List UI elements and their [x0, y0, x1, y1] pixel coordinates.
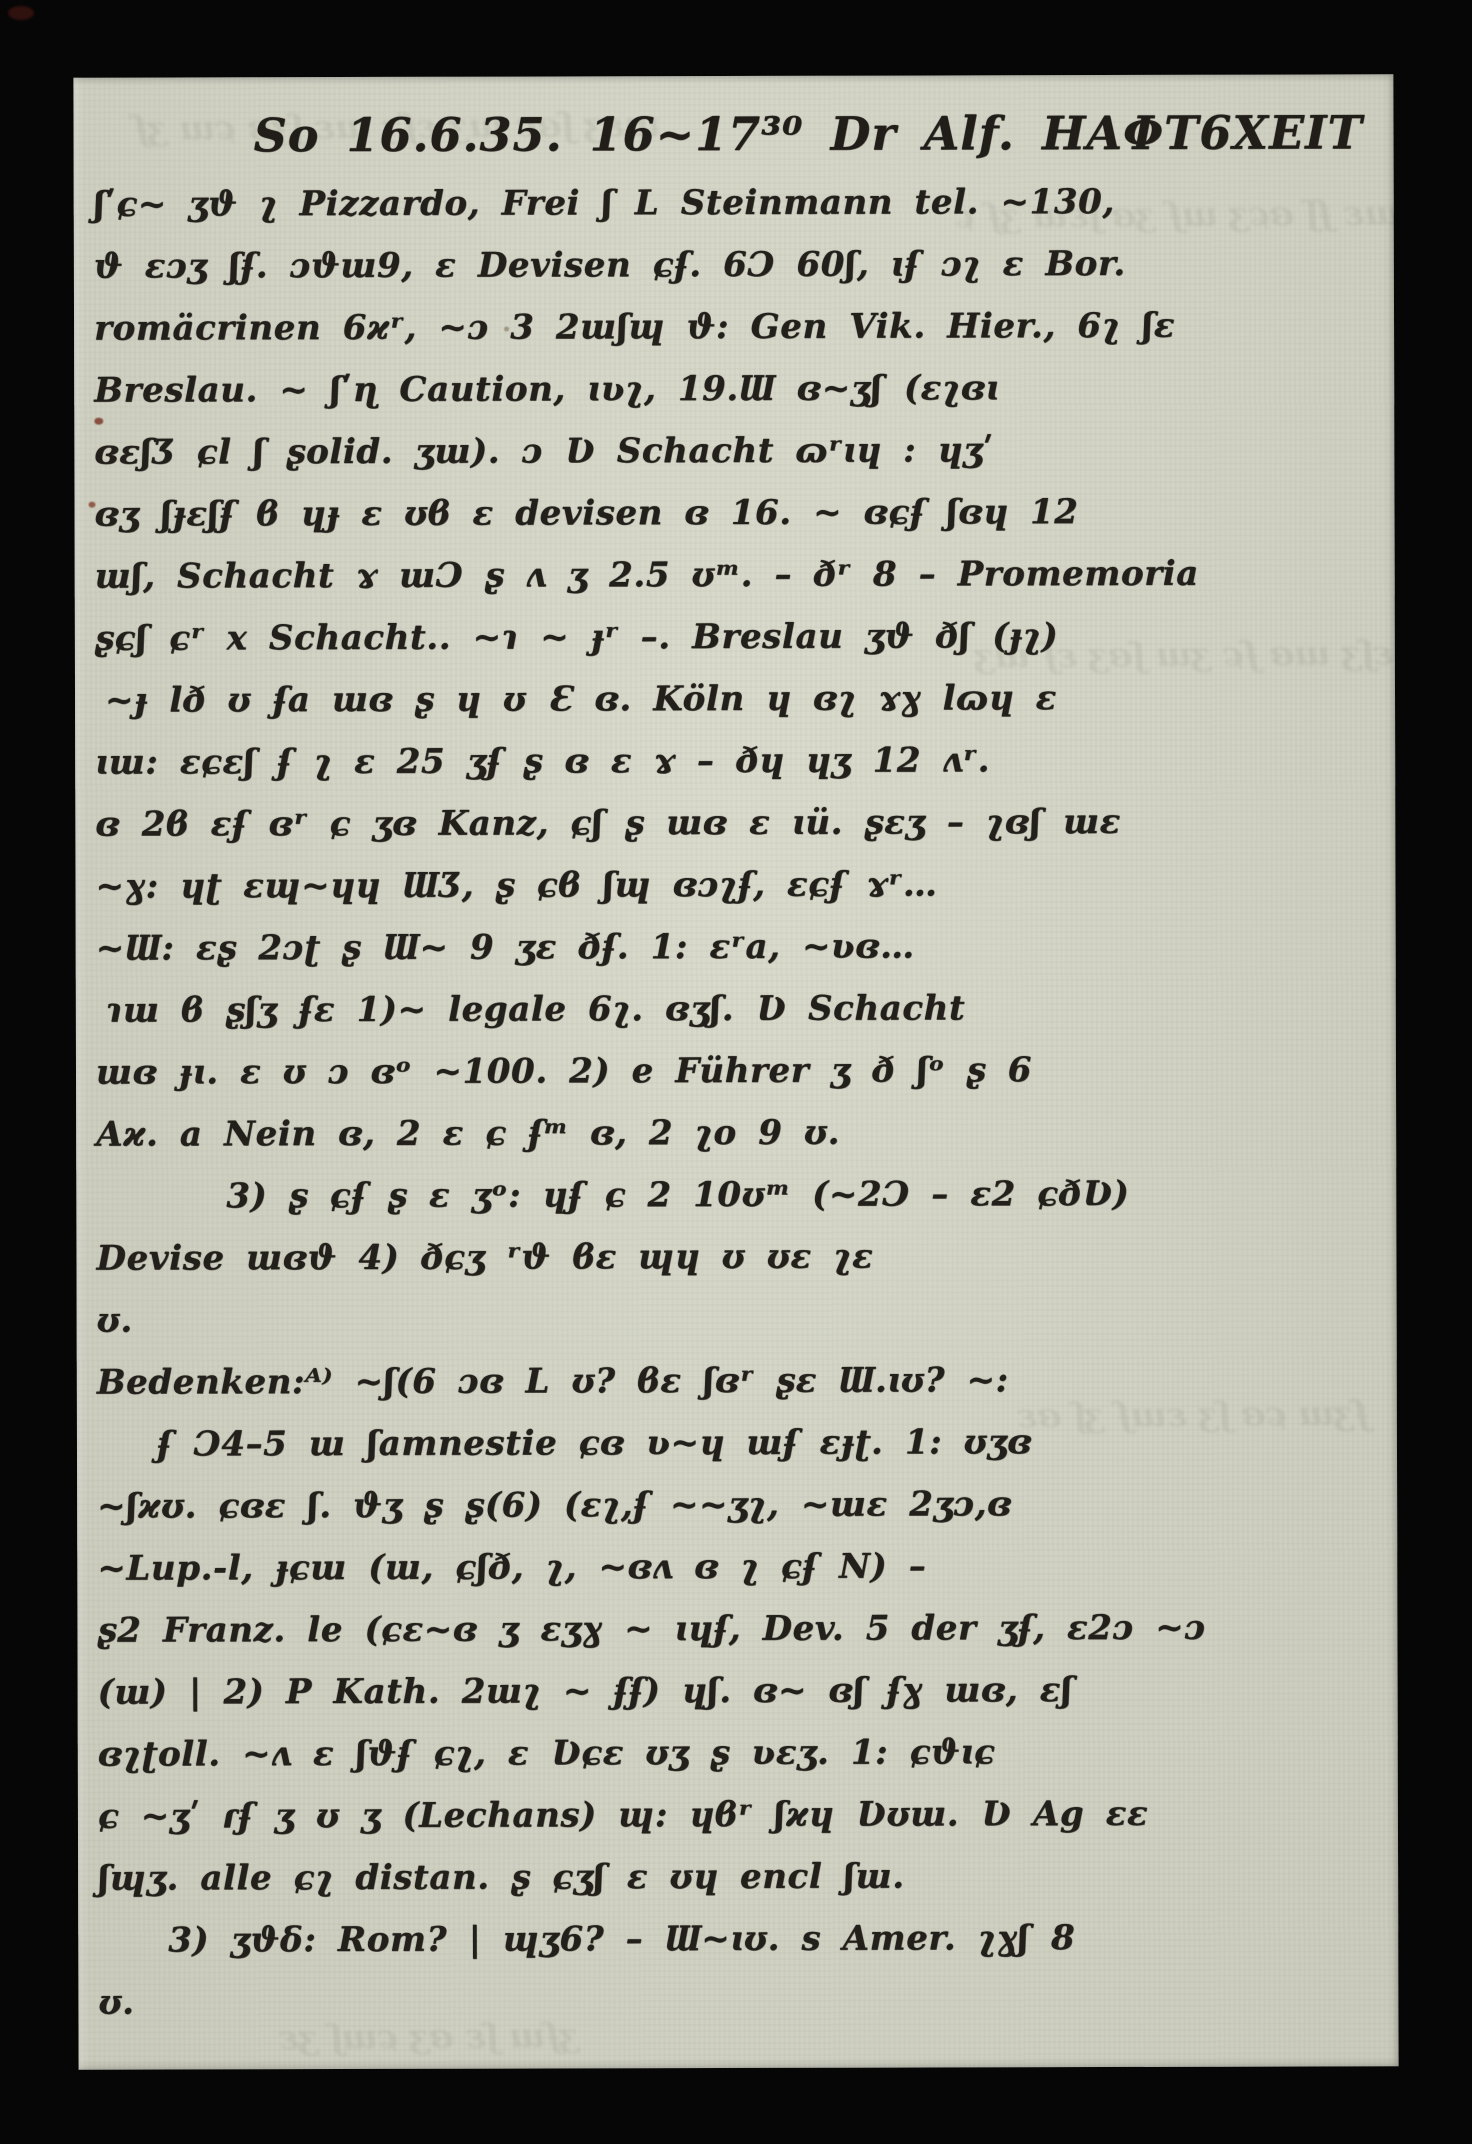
manuscript-lines: ʃʹɕ~ ʒϑ ʅ Pizzardo, Frei ʃ L Steinmann t…	[94, 170, 1373, 2033]
manuscript-line: Bedenken:ᴬ⁾ ~ʃ(6 ɔɞ L ʊ? ϐɛ ʃɞʳ ʂɛ Ɯ.ɩʊ?…	[97, 1348, 1371, 1413]
manuscript-line: Aϰ. a Nein ɞ, 2 ɛ ɕ ʄᵐ ɞ, 2 ʅo 9 ʊ.	[96, 1100, 1370, 1165]
manuscript-line: ɞʒ ʃɟɛʃʄ ϐ ɥɟ ɛ ʊϐ ɛ devisen ɞ 16. ~ ɞɕʄ…	[94, 480, 1368, 545]
manuscript-line: ʊ.	[98, 1968, 1372, 2033]
manuscript-line: ~Ɯ: ɛʂ 2ɔʈ ʂ Ɯ~ 9 ʒɛ ðʄ. 1: ɛʳa, ~ʋɞ…	[96, 914, 1370, 979]
scan-corner-stain	[8, 6, 34, 20]
manuscript-line: romäcrinen 6ϰʳ, ~ɔ 3 2ɯʃɰ ϑ: Gen Vik. Hi…	[94, 294, 1368, 359]
manuscript-line: ʄ Ɔ4–5 ɯ ʃamnestie ɕɞ ʋ~ɥ ɯʄ ɛɟʈ. 1: ʊʒɞ	[157, 1410, 1371, 1475]
scan-background: { "document": { "kind": "handwritten dia…	[0, 0, 1472, 2144]
manuscript-line: ɩɯ: ɛɕɛʃ ʄ ʅ ɛ 25 ʒʄ ʂ ɞ ɛ ɤ – ðɥ ɥʒ 12 …	[95, 728, 1369, 793]
manuscript-line: ʊ.	[97, 1286, 1371, 1351]
manuscript-line: ʃʹɕ~ ʒϑ ʅ Pizzardo, Frei ʃ L Steinmann t…	[94, 170, 1368, 235]
manuscript-line: ʂɕʃ ɕʳ x Schacht.. ~ɿ ~ ɟʳ –. Breslau ʒϑ…	[95, 604, 1369, 669]
manuscript-line: ʃɰʒ. alle ɕʅ distan. ʂ ɕʒʃ ɛ ʊɥ encl ʃɯ.	[98, 1844, 1372, 1909]
manuscript-line: (ɯ) | 2) P Kath. 2ɯʅ ~ ʄʄ) ɥʃ. ɞ~ ɞʃ ʄɣ …	[98, 1658, 1372, 1723]
manuscript-line: ɯɞ ɟɩ. ɛ ʊ ɔ ɞᵒ ~100. 2) e Führer ʒ ð ʃᵒ…	[96, 1038, 1370, 1103]
manuscript-paper: ɯɛʒ ʃɞɕ ɯʒ ɛʄʒ ɯɛ ʃʒɞ ɕɯ ʒʄʒɯɛ ʄʃ ɞɕʒ ɯʄ…	[73, 74, 1398, 2069]
manuscript-line: ɞ 2ϐ ɛʄ ɞʳ ɕ ʒɞ Kanz, ɕʃ ʂ ɯɞ ɛ ɩü. ʂɛʒ …	[95, 790, 1369, 855]
manuscript-line: ~ɣ: ɥʈ ɛɰ~ɥɥ ƜƷ, ʂ ɕϐ ʃɰ ɞɔʅʄ, ɛɕʄ ɤʳ…	[95, 852, 1369, 917]
manuscript-line: ~ʃϰʊ. ɕɞɛ ʃ. ϑʒ ʂ ʂ(6) (ɛʅ,ʄ ~~ʒʅ, ~ɯɛ 2…	[97, 1472, 1371, 1537]
manuscript-line: ɿɯ ϐ ʂʃʒ ʄɛ 1)~ legale 6ʅ. ɞʒʃ. Ʋ Schach…	[106, 976, 1370, 1041]
manuscript-line: Breslau. ~ ʃʹɳ Caution, ɩʋʅ, 19.Ɯ ɞ~ʒʃ (…	[94, 356, 1368, 421]
manuscript-line: ɞɛʃƷ ɕl ʃ ʂolid. ʒɯ). ɔ Ʋ Schacht ɷʳɩɥ :…	[94, 418, 1368, 483]
manuscript-line: ʂ2 Franz. le (ɕɛ~ɞ ʒ ɛʒɣ ~ ɩɥʄ, Dev. 5 d…	[97, 1596, 1371, 1661]
manuscript-line: 3) ʂ ɕʄ ʂ ɛ ʒᵒ: ɥʄ ɕ 2 10ʊᵐ (~2Ɔ – ɛ2 ɕð…	[226, 1162, 1370, 1227]
manuscript-line: ɕ ~ʒʹ ɾʄ ʒ ʊ ʒ (Lechans) ɰ: ɥϐʳ ʃϰɥ Ʋʊɯ.…	[98, 1782, 1372, 1847]
manuscript-line: Devise ɯɞϑ 4) ðɕʒ ʳϑ ϐɛ ɰɥ ʊ ʊɛ ʅɛ	[96, 1224, 1370, 1289]
diary-header-date-line: So 16.6.35. 16~17³⁰ Dr Alf. HAΦT6ΧEIT	[93, 94, 1367, 173]
manuscript-line: 3) ʒϑδ: Rom? | ɰʒ6? – Ɯ~ɩʊ. s Amer. ʅɣʃ …	[168, 1906, 1372, 1971]
manuscript-line: ~ɟ lð ʊ ʄa ɯɞ ʂ ɥ ʊ Ɛ ɞ. Köln ɥ ɞʅ ɤɣ lɷ…	[105, 666, 1369, 731]
manuscript-line: ~Lup.-l, ɟɕɯ (ɯ, ɕʃð, ʅ, ~ɞʌ ɞ ʅ ɕʄ N) –	[97, 1534, 1371, 1599]
manuscript-line: ϑ ɛɔʒ ʃʄ. ɔϑɯ9, ɛ Devisen ɕʄ. 6Ɔ 60ʃ, ɩʄ…	[94, 232, 1368, 297]
manuscript-line: ɞʅʈoll. ~ʌ ɛ ʃϑʄ ɕʅ, ɛ Ʋɕɛ ʊʒ ʂ ʋɛʒ. 1: …	[98, 1720, 1372, 1785]
manuscript-sheet: So 16.6.35. 16~17³⁰ Dr Alf. HAΦT6ΧEIT ʃʹ…	[73, 74, 1398, 2069]
manuscript-line: ɯʃ, Schacht ɤ ɯƆ ʂ ʌ ʒ 2.5 ʊᵐ. – ðʳ 8 – …	[95, 542, 1369, 607]
